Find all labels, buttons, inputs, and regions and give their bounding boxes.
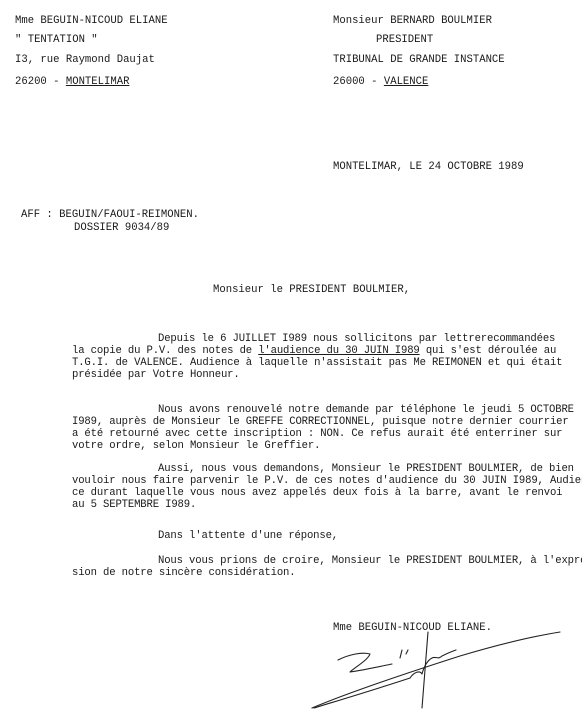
- sender-street: I3, rue Raymond Daujat: [15, 54, 155, 67]
- sender-shop: " TENTATION ": [15, 34, 98, 47]
- sender-name: Mme BEGUIN-NICOUD ELIANE: [15, 15, 168, 28]
- reference-dossier: DOSSIER 9034/89: [74, 222, 169, 235]
- paragraph-line: sion de notre sincère considération.: [72, 567, 295, 580]
- salutation: Monsieur le PRESIDENT BOULMIER,: [213, 284, 410, 297]
- handwritten-signature: [310, 630, 570, 710]
- recipient-postcode: 26000 -: [333, 76, 384, 88]
- recipient-title: PRESIDENT: [376, 34, 433, 47]
- recipient-city: VALENCE: [384, 76, 429, 88]
- recipient-court: TRIBUNAL DE GRANDE INSTANCE: [333, 54, 505, 67]
- paragraph-line: présidée par Votre Honneur.: [72, 369, 240, 382]
- place-date: MONTELIMAR, LE 24 OCTOBRE 1989: [333, 161, 524, 174]
- sender-postcode: 26200 -: [15, 76, 66, 88]
- recipient-name: Monsieur BERNARD BOULMIER: [333, 15, 492, 28]
- paragraph-line: au 5 SEPTEMBRE I989.: [72, 499, 196, 512]
- closing-line: Dans l'attente d'une réponse,: [158, 530, 338, 543]
- paragraph-line: votre ordre, selon Monsieur le Greffier.: [72, 440, 320, 453]
- sender-city-line: 26200 - MONTELIMAR: [15, 76, 129, 89]
- sender-city: MONTELIMAR: [66, 76, 130, 88]
- hearing-date-underlined: l'audience du 30 JUIN I989: [258, 345, 419, 357]
- reference-aff: AFF : BEGUIN/FAOUI-REIMONEN.: [21, 209, 199, 222]
- recipient-city-line: 26000 - VALENCE: [333, 76, 428, 89]
